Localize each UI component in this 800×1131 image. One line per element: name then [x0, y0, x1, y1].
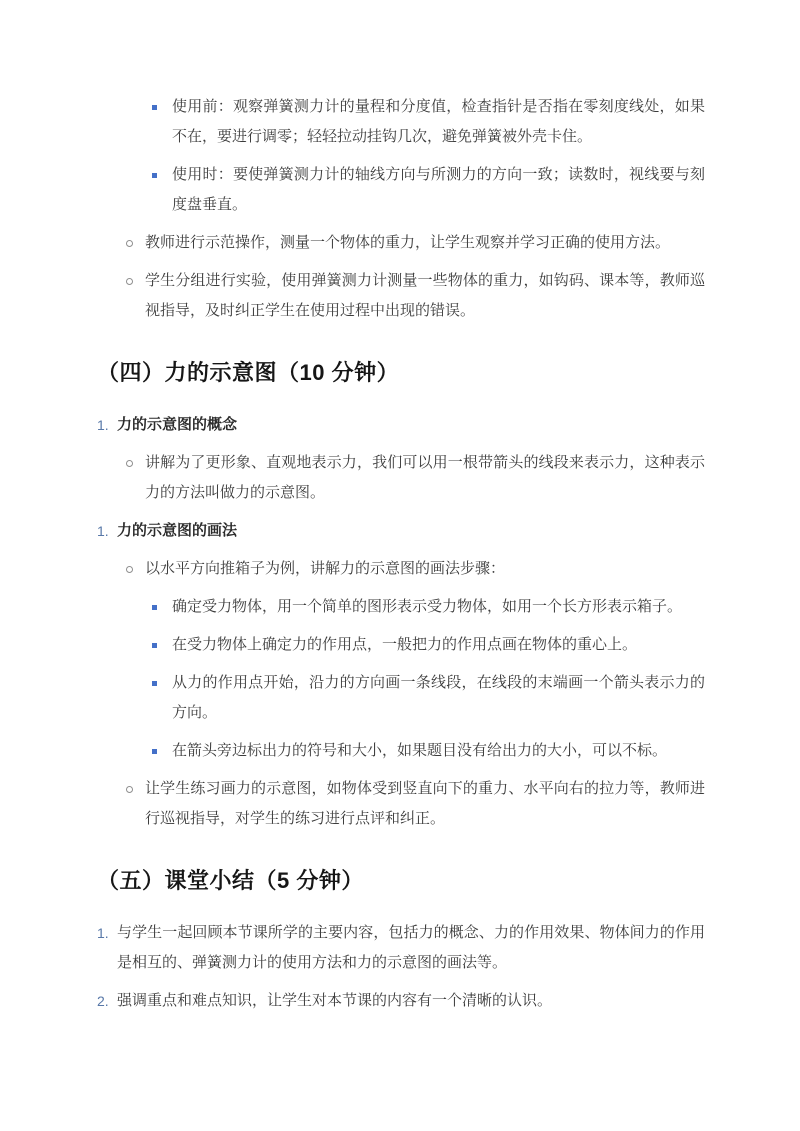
- square-bullet-icon: [147, 160, 172, 178]
- list-item: 让学生练习画力的示意图，如物体受到竖直向下的重力、水平向右的拉力等，教师进行巡视…: [97, 774, 705, 834]
- circle-bullet-icon: [122, 228, 145, 247]
- list-item-text: 以水平方向推箱子为例，讲解力的示意图的画法步骤：: [145, 554, 705, 584]
- list-item-text: 从力的作用点开始，沿力的方向画一条线段，在线段的末端画一个箭头表示力的方向。: [172, 668, 705, 728]
- circle-bullet-icon: [122, 774, 145, 793]
- list-item: 使用前：观察弹簧测力计的量程和分度值，检查指针是否指在零刻度线处，如果不在，要进…: [97, 92, 705, 152]
- numbered-item: 1. 力的示意图的概念: [97, 410, 705, 440]
- list-number: 1.: [97, 516, 117, 546]
- list-item-text: 在箭头旁边标出力的符号和大小，如果题目没有给出力的大小，可以不标。: [172, 736, 705, 766]
- square-bullet-icon: [147, 630, 172, 648]
- list-item-text: 使用时：要使弹簧测力计的轴线方向与所测力的方向一致；读数时，视线要与刻度盘垂直。: [172, 160, 705, 220]
- section-heading-4: （四）力的示意图（10 分钟）: [97, 356, 705, 390]
- list-item-text: 学生分组进行实验，使用弹簧测力计测量一些物体的重力，如钩码、课本等，教师巡视指导…: [145, 266, 705, 326]
- list-item-text: 确定受力物体，用一个简单的图形表示受力物体，如用一个长方形表示箱子。: [172, 592, 705, 622]
- numbered-item: 1. 与学生一起回顾本节课所学的主要内容，包括力的概念、力的作用效果、物体间力的…: [97, 918, 705, 978]
- list-item: 从力的作用点开始，沿力的方向画一条线段，在线段的末端画一个箭头表示力的方向。: [97, 668, 705, 728]
- numbered-item-title: 力的示意图的画法: [117, 516, 705, 546]
- list-item-text: 让学生练习画力的示意图，如物体受到竖直向下的重力、水平向右的拉力等，教师进行巡视…: [145, 774, 705, 834]
- numbered-item-text: 强调重点和难点知识，让学生对本节课的内容有一个清晰的认识。: [117, 986, 705, 1016]
- square-bullet-icon: [147, 668, 172, 686]
- list-item: 使用时：要使弹簧测力计的轴线方向与所测力的方向一致；读数时，视线要与刻度盘垂直。: [97, 160, 705, 220]
- list-item: 确定受力物体，用一个简单的图形表示受力物体，如用一个长方形表示箱子。: [97, 592, 705, 622]
- document-page: 使用前：观察弹簧测力计的量程和分度值，检查指针是否指在零刻度线处，如果不在，要进…: [0, 0, 800, 1131]
- square-bullet-icon: [147, 736, 172, 754]
- square-bullet-icon: [147, 592, 172, 610]
- circle-bullet-icon: [122, 266, 145, 285]
- list-item: 讲解为了更形象、直观地表示力，我们可以用一根带箭头的线段来表示力，这种表示力的方…: [97, 448, 705, 508]
- list-item: 在受力物体上确定力的作用点，一般把力的作用点画在物体的重心上。: [97, 630, 705, 660]
- circle-bullet-icon: [122, 554, 145, 573]
- list-item-text: 使用前：观察弹簧测力计的量程和分度值，检查指针是否指在零刻度线处，如果不在，要进…: [172, 92, 705, 152]
- list-item: 以水平方向推箱子为例，讲解力的示意图的画法步骤：: [97, 554, 705, 584]
- list-item-text: 讲解为了更形象、直观地表示力，我们可以用一根带箭头的线段来表示力，这种表示力的方…: [145, 448, 705, 508]
- square-bullet-icon: [147, 92, 172, 110]
- list-number: 1.: [97, 918, 117, 948]
- numbered-item: 2. 强调重点和难点知识，让学生对本节课的内容有一个清晰的认识。: [97, 986, 705, 1016]
- section-heading-5: （五）课堂小结（5 分钟）: [97, 864, 705, 898]
- list-item-text: 教师进行示范操作，测量一个物体的重力，让学生观察并学习正确的使用方法。: [145, 228, 705, 258]
- list-item: 学生分组进行实验，使用弹簧测力计测量一些物体的重力，如钩码、课本等，教师巡视指导…: [97, 266, 705, 326]
- list-number: 1.: [97, 410, 117, 440]
- numbered-item-title: 力的示意图的概念: [117, 410, 705, 440]
- list-number: 2.: [97, 986, 117, 1016]
- list-item: 教师进行示范操作，测量一个物体的重力，让学生观察并学习正确的使用方法。: [97, 228, 705, 258]
- list-item: 在箭头旁边标出力的符号和大小，如果题目没有给出力的大小，可以不标。: [97, 736, 705, 766]
- list-item-text: 在受力物体上确定力的作用点，一般把力的作用点画在物体的重心上。: [172, 630, 705, 660]
- circle-bullet-icon: [122, 448, 145, 467]
- numbered-item: 1. 力的示意图的画法: [97, 516, 705, 546]
- numbered-item-text: 与学生一起回顾本节课所学的主要内容，包括力的概念、力的作用效果、物体间力的作用是…: [117, 918, 705, 978]
